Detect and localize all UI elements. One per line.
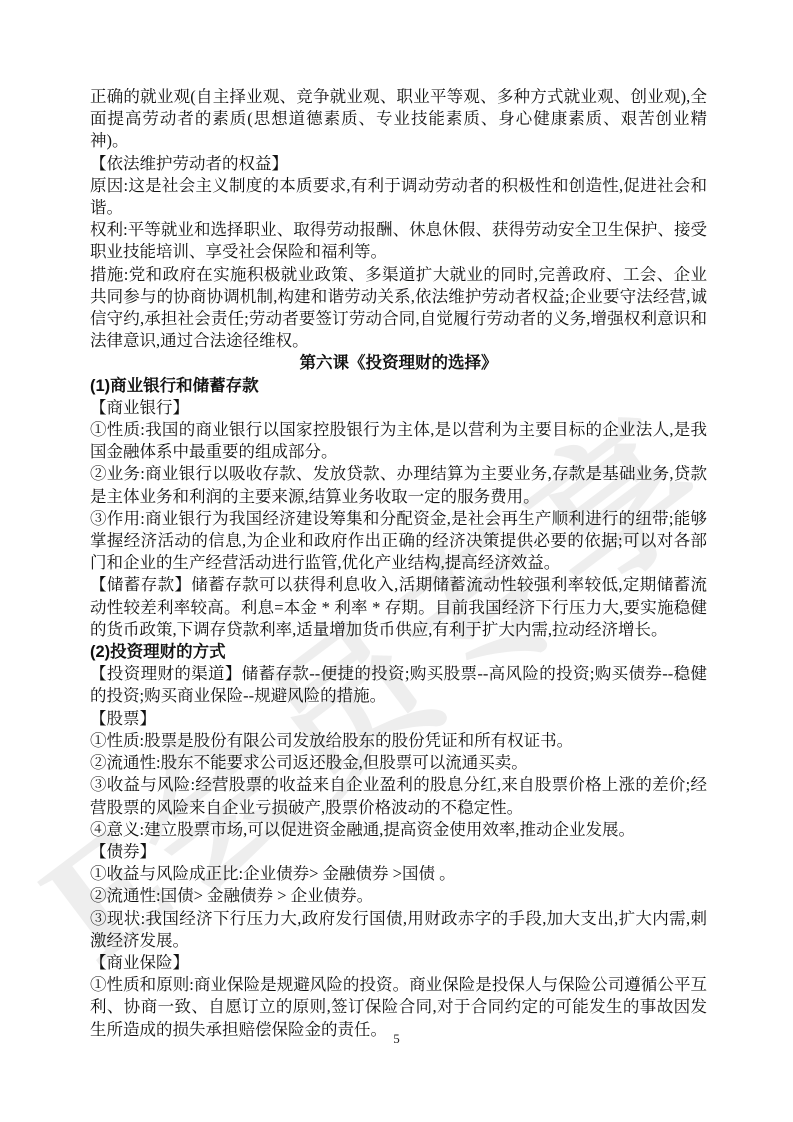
paragraph: 原因:这是社会主义制度的本质要求,有利于调动劳动者的积极性和创造性,促进社会和谐… bbox=[90, 175, 707, 219]
paragraph: ②流通性:股东不能要求公司返还股金,但股票可以流通买卖。 bbox=[90, 752, 707, 774]
paragraph: 权利:平等就业和选择职业、取得劳动报酬、休息休假、获得劳动安全卫生保护、接受职业… bbox=[90, 219, 707, 263]
paragraph: 正确的就业观(自主择业观、竞争就业观、职业平等观、多种方式就业观、创业观),全面… bbox=[90, 86, 707, 153]
paragraph: ①性质:我国的商业银行以国家控股银行为主体,是以营利为主要目标的企业法人,是我国… bbox=[90, 419, 707, 463]
document-page: E会员专享 正确的就业观(自主择业观、竞争就业观、职业平等观、多种方式就业观、创… bbox=[0, 0, 793, 1122]
page-number: 5 bbox=[0, 1031, 793, 1047]
paragraph: ①收益与风险成正比:企业债券> 金融债券 >国债 。 bbox=[90, 863, 707, 885]
paragraph: ④意义:建立股票市场,可以促进资金融通,提高资金使用效率,推动企业发展。 bbox=[90, 819, 707, 841]
paragraph: 【依法维护劳动者的权益】 bbox=[90, 153, 707, 175]
paragraph: 【商业银行】 bbox=[90, 397, 707, 419]
paragraph: 【债券】 bbox=[90, 841, 707, 863]
paragraph: 【储蓄存款】储蓄存款可以获得利息收入,活期储蓄流动性较强利率较低,定期储蓄流动性… bbox=[90, 574, 707, 641]
paragraph: 【股票】 bbox=[90, 708, 707, 730]
paragraph: ③作用:商业银行为我国经济建设筹集和分配资金,是社会再生产顺利进行的纽带;能够掌… bbox=[90, 508, 707, 575]
paragraph: ①性质:股票是股份有限公司发放给股东的股份凭证和所有权证书。 bbox=[90, 730, 707, 752]
paragraph: 【商业保险】 bbox=[90, 952, 707, 974]
paragraph: ③现状:我国经济下行压力大,政府发行国债,用财政赤字的手段,加大支出,扩大内需,… bbox=[90, 908, 707, 952]
paragraph: ②业务:商业银行以吸收存款、发放贷款、办理结算为主要业务,存款是基础业务,贷款是… bbox=[90, 463, 707, 507]
section-heading: (1)商业银行和储蓄存款 bbox=[90, 375, 707, 397]
paragraph: ③收益与风险:经营股票的收益来自企业盈利的股息分红,来自股票价格上涨的差价;经营… bbox=[90, 774, 707, 818]
paragraph: 【投资理财的渠道】储蓄存款--便捷的投资;购买股票--高风险的投资;购买债券--… bbox=[90, 663, 707, 707]
section-heading: (2)投资理财的方式 bbox=[90, 641, 707, 663]
paragraph: ②流通性:国债> 金融债券 > 企业债券。 bbox=[90, 885, 707, 907]
paragraph: 措施:党和政府在实施积极就业政策、多渠道扩大就业的同时,完善政府、工会、企业共同… bbox=[90, 264, 707, 353]
document-body: 正确的就业观(自主择业观、竞争就业观、职业平等观、多种方式就业观、创业观),全面… bbox=[90, 86, 707, 1041]
lesson-title: 第六课《投资理财的选择》 bbox=[90, 352, 707, 374]
